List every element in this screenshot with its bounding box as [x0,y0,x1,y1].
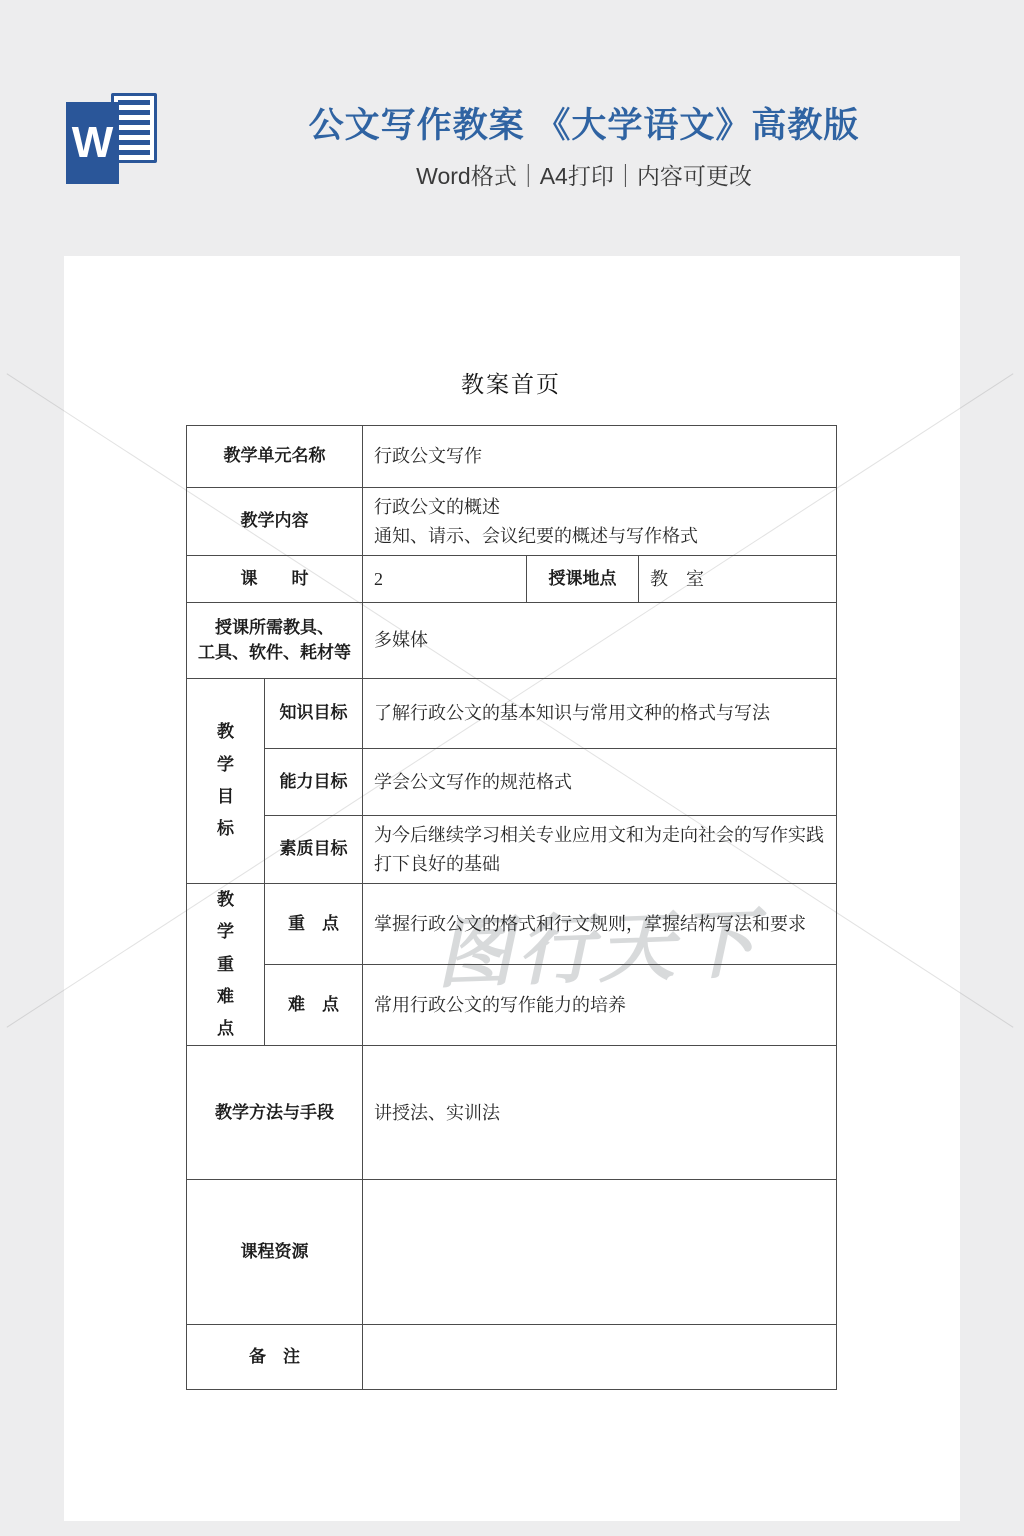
table-row: 难 点 常用行政公文的写作能力的培养 [187,965,837,1046]
key-point-label: 重 点 [265,884,363,965]
lesson-plan-table: 教学单元名称 行政公文写作 教学内容 行政公文的概述 通知、请示、会议纪要的概述… [186,425,837,1390]
ability-objective-value: 学会公文写作的规范格式 [363,749,837,816]
key-points-group-label: 教学重难点 [187,884,265,1046]
difficulty-label: 难 点 [265,965,363,1046]
location-label: 授课地点 [527,556,639,603]
table-row: 教学方法与手段 讲授法、实训法 [187,1046,837,1180]
table-row: 能力目标 学会公文写作的规范格式 [187,749,837,816]
objectives-group-label: 教学目标 [187,679,265,884]
hours-label: 课 时 [187,556,363,603]
quality-objective-label: 素质目标 [265,816,363,884]
table-row: 课 时 2 授课地点 教 室 [187,556,837,603]
knowledge-objective-label: 知识目标 [265,679,363,749]
word-letter: W [72,121,114,165]
objectives-group-text: 教学目标 [217,716,235,845]
hours-value: 2 [363,556,527,603]
remarks-label: 备 注 [187,1325,363,1390]
quality-objective-value: 为今后继续学习相关专业应用文和为走向社会的写作实践 打下良好的基础 [363,816,837,884]
key-points-group-text: 教学重难点 [217,884,235,1045]
document-page: 图行天下 教案首页 教学单元名称 行政公文写作 教学内容 行政公文的概述 通知、… [64,256,960,1521]
table-row: 课程资源 [187,1180,837,1325]
content-label: 教学内容 [187,488,363,556]
table-row: 教学重难点 重 点 掌握行政公文的格式和行文规则，掌握结构写法和要求 [187,884,837,965]
table-row: 教学内容 行政公文的概述 通知、请示、会议纪要的概述与写作格式 [187,488,837,556]
table-row: 教学单元名称 行政公文写作 [187,426,837,488]
resources-label: 课程资源 [187,1180,363,1325]
document-lines-icon [118,100,150,156]
resources-value [363,1180,837,1325]
ability-objective-label: 能力目标 [265,749,363,816]
template-title: 公文写作教案 《大学语文》高教版 [168,98,1000,148]
word-logo-icon: W [64,90,158,186]
unit-name-value: 行政公文写作 [363,426,837,488]
tools-label: 授课所需教具、 工具、软件、耗材等 [187,603,363,679]
methods-label: 教学方法与手段 [187,1046,363,1180]
word-w-badge: W [66,102,119,184]
location-value: 教 室 [639,556,837,603]
content-value: 行政公文的概述 通知、请示、会议纪要的概述与写作格式 [363,488,837,556]
table-row: 教学目标 知识目标 了解行政公文的基本知识与常用文种的格式与写法 [187,679,837,749]
template-preview-page: { "header": { "title": "公文写作教案 《大学语文》高教版… [0,0,1024,1536]
table-row: 素质目标 为今后继续学习相关专业应用文和为走向社会的写作实践 打下良好的基础 [187,816,837,884]
difficulty-value: 常用行政公文的写作能力的培养 [363,965,837,1046]
remarks-value [363,1325,837,1390]
table-row: 授课所需教具、 工具、软件、耗材等 多媒体 [187,603,837,679]
page-title: 教案首页 [186,366,836,399]
tools-value: 多媒体 [363,603,837,679]
knowledge-objective-value: 了解行政公文的基本知识与常用文种的格式与写法 [363,679,837,749]
unit-name-label: 教学单元名称 [187,426,363,488]
table-row: 备 注 [187,1325,837,1390]
key-point-value: 掌握行政公文的格式和行文规则，掌握结构写法和要求 [363,884,837,965]
methods-value: 讲授法、实训法 [363,1046,837,1180]
template-subtitle: Word格式｜A4打印｜内容可更改 [168,158,1000,191]
